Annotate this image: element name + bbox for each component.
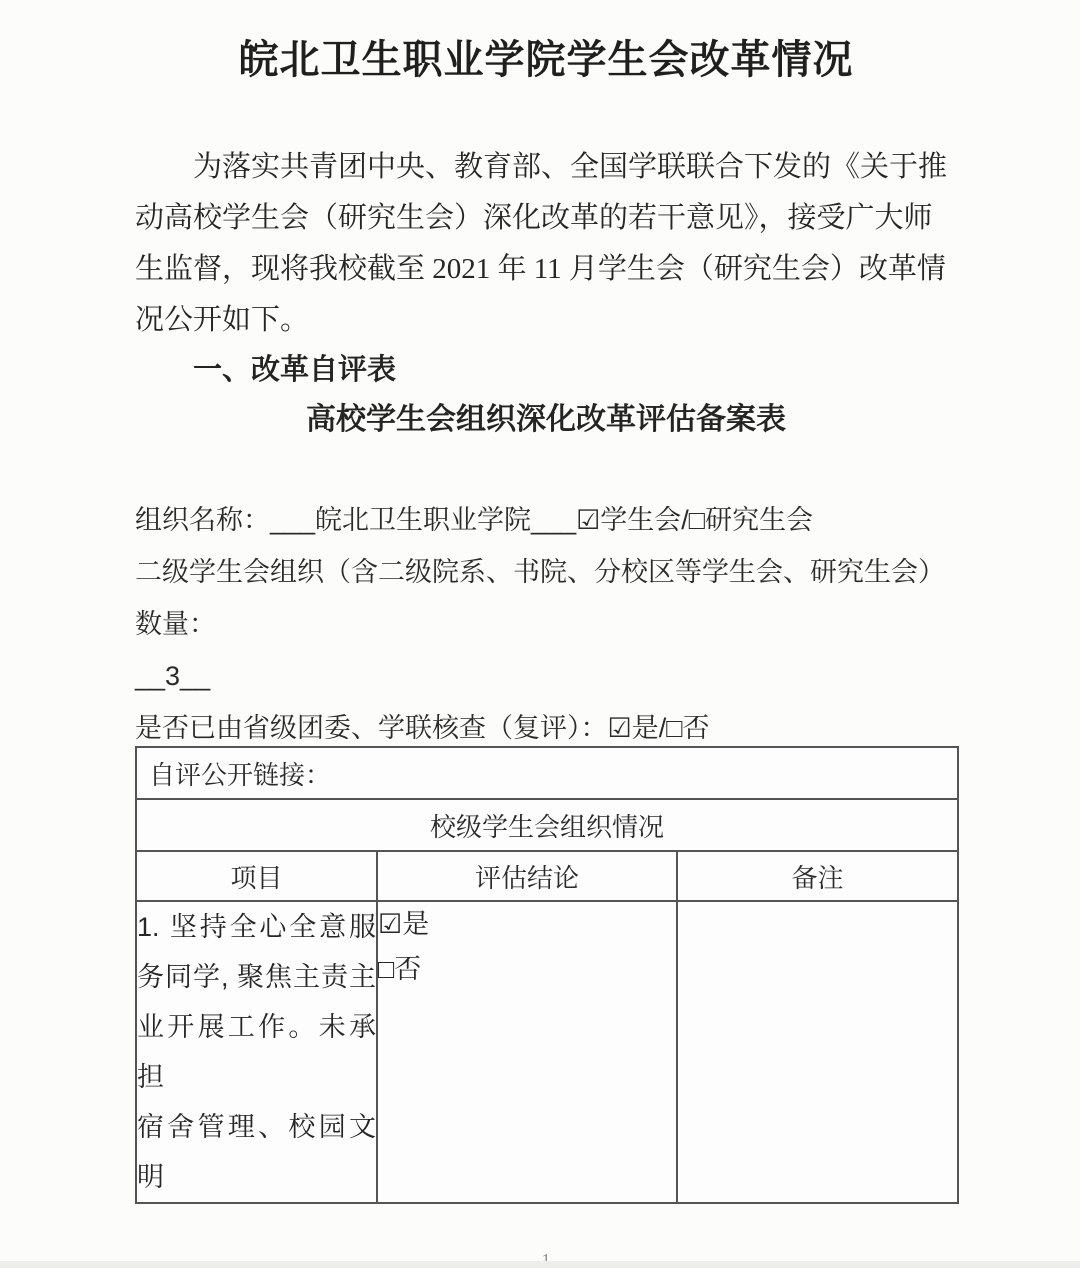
intro-line: 动高校学生会（研究生会）深化改革的若干意见》，接受广大师 — [135, 193, 957, 244]
checkbox-no-line: □否 — [378, 947, 676, 992]
column-header-remark: 备注 — [677, 851, 958, 901]
self-eval-link-cell: 自评公开链接： — [136, 747, 958, 799]
remark-cell — [677, 901, 958, 1203]
column-header-conclusion: 评估结论 — [377, 851, 677, 901]
document-page: 皖北卫生职业学院学生会改革情况 为落实共青团中央、教育部、全国学联联合下发的《关… — [135, 32, 957, 1268]
secondary-orgs-line: 二级学生会组织（含二级院系、书院、分校区等学生会、研究生会）数量： — [135, 546, 957, 650]
item-line: 务同学, 聚焦主责主 — [137, 952, 376, 1002]
secondary-count-line: __3__ — [135, 650, 957, 702]
bottom-divider — [0, 1261, 1080, 1268]
checkbox-yes-line: ☑是 — [378, 902, 676, 947]
table-row: 1. 坚持全心全意服 务同学, 聚焦主责主 业开展工作。未承担 宿舍管理、校园文… — [136, 901, 958, 1203]
self-eval-table: 自评公开链接： 校级学生会组织情况 项目 评估结论 备注 1. 坚持全心全意服 … — [135, 746, 959, 1204]
section-heading: 一、改革自评表 — [135, 346, 957, 394]
intro-line: 为落实共青团中央、教育部、全国学联联合下发的《关于推 — [135, 142, 957, 193]
item-line: 业开展工作。未承担 — [137, 1002, 376, 1102]
item-line: 宿舍管理、校园文明 — [137, 1102, 376, 1202]
item-cell: 1. 坚持全心全意服 务同学, 聚焦主责主 业开展工作。未承担 宿舍管理、校园文… — [136, 901, 377, 1203]
conclusion-cell: ☑是 □否 — [377, 901, 677, 1203]
intro-line: 生监督，现将我校截至 2021 年 11 月学生会（研究生会）改革情 — [135, 244, 957, 295]
intro-paragraph: 为落实共青团中央、教育部、全国学联联合下发的《关于推 动高校学生会（研究生会）深… — [135, 142, 957, 346]
org-name-line: 组织名称：___皖北卫生职业学院___☑学生会/□研究生会 — [135, 494, 957, 546]
form-title: 高校学生会组织深化改革评估备案表 — [135, 396, 957, 444]
column-header-item: 项目 — [136, 851, 377, 901]
table-section-title: 校级学生会组织情况 — [136, 799, 958, 851]
page-title: 皖北卫生职业学院学生会改革情况 — [135, 32, 957, 88]
intro-line: 况公开如下。 — [135, 295, 957, 346]
info-block: 组织名称：___皖北卫生职业学院___☑学生会/□研究生会 二级学生会组织（含二… — [135, 494, 957, 754]
item-line: 1. 坚持全心全意服 — [137, 902, 376, 952]
